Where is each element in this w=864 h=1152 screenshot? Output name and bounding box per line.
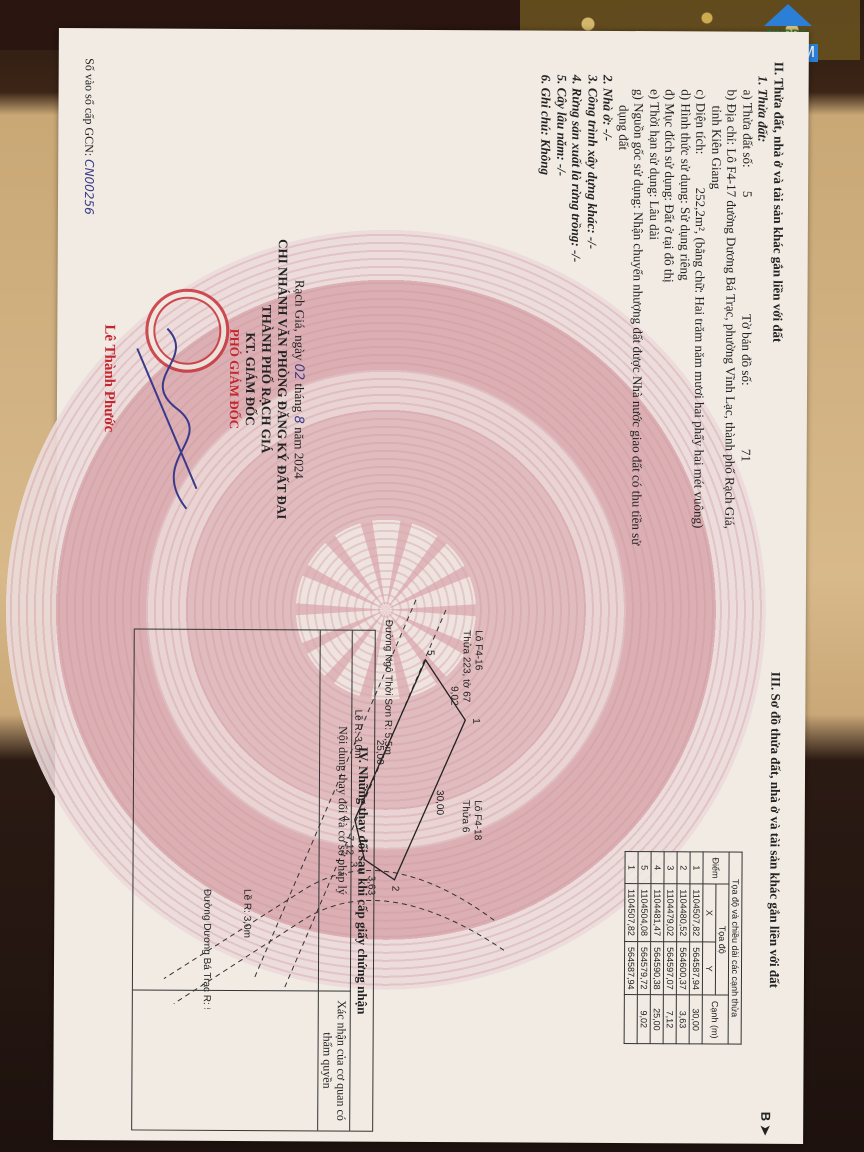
parcel-number: 5: [739, 171, 755, 251]
office-name: CHI NHÁNH VĂN PHÒNG ĐĂNG KÝ ĐẤT ĐAI: [273, 199, 291, 559]
certificate-page: II. Thửa đất, nhà ở và tài sản khác gắn …: [53, 28, 809, 1144]
svg-text:1: 1: [470, 718, 481, 724]
section-2-title: II. Thửa đất, nhà ở và tài sản khác gắn …: [768, 62, 787, 702]
table-row: 51104504,08564579,729,02: [637, 852, 651, 1044]
changes-content-column: Nội dung thay đổi và cơ sở pháp lý: [133, 629, 353, 991]
section-4-title: IV. Những thay đổi sau khi cấp giấy chứn…: [349, 631, 375, 1131]
issue-month: 8: [291, 416, 306, 424]
svg-text:Lô F4-18: Lô F4-18: [472, 800, 483, 841]
table-row: 41104481,47564590,3825,00: [650, 852, 664, 1044]
coordinate-table: Tọa độ và chiều dài các cạnh thửa Điểm T…: [624, 851, 743, 1045]
issue-date: Rạch Giá, ngày 02 tháng 8 năm 2024: [289, 199, 308, 559]
signer-name: Lê Thành Phước: [99, 198, 118, 558]
signature-block: Rạch Giá, ngày 02 tháng 8 năm 2024 CHI N…: [225, 199, 308, 559]
section-2-land-info: II. Thửa đất, nhà ở và tài sản khác gắn …: [535, 61, 786, 702]
coordinate-table-title: Tọa độ và chiều dài các cạnh thửa: [728, 852, 742, 1044]
svg-text:30,00: 30,00: [434, 790, 445, 816]
table-row: 11104507,82564587,9430,00: [689, 852, 703, 1044]
table-row: 31104479,02564597,077,12: [663, 852, 677, 1044]
svg-text:2: 2: [389, 886, 400, 892]
house-icon: [764, 4, 812, 26]
handwritten-signature: [126, 318, 207, 518]
north-arrow-icon: B ➤: [757, 1112, 773, 1136]
section-4-changes: IV. Những thay đổi sau khi cấp giấy chứn…: [131, 628, 376, 1131]
registry-value: CN00256: [82, 159, 96, 215]
map-sheet-number: 71: [739, 389, 754, 462]
area-value: 252,2m², (bằng chữ: Hai trăm năm mươi ha…: [692, 158, 709, 529]
issue-day: 02: [291, 364, 306, 381]
svg-text:5: 5: [425, 650, 436, 656]
registry-number: Số vào sổ cấp GCN: CN00256: [81, 58, 97, 215]
svg-text:Thửa 6: Thửa 6: [460, 800, 472, 833]
table-row: 11104507,82564587,94: [624, 852, 638, 1044]
svg-text:Thửa 223, tờ 67: Thửa 223, tờ 67: [460, 630, 472, 703]
office-city: THÀNH PHỐ RẠCH GIÁ: [257, 199, 275, 559]
svg-text:9,02: 9,02: [448, 686, 459, 706]
deputy-title: PHÓ GIÁM ĐỐC: [225, 199, 243, 559]
svg-text:Lô F4-16: Lô F4-16: [473, 630, 484, 671]
svg-text:Đường Ngô Thời Sơn R: 5,5m: Đường Ngô Thời Sơn R: 5,5m: [382, 620, 394, 755]
authority-confirmation-column: Xác nhận của cơ quan có thẩm quyền: [132, 989, 351, 1130]
section-3-title: III. Sơ đồ thửa đất, nhà ở và tài sản kh…: [766, 672, 784, 988]
table-row: 21104480,52564600,373,63: [676, 852, 690, 1044]
certificate-content: II. Thửa đất, nhà ở và tài sản khác gắn …: [53, 28, 809, 1144]
signer-role: KT. GIÁM ĐỐC: [241, 199, 259, 559]
